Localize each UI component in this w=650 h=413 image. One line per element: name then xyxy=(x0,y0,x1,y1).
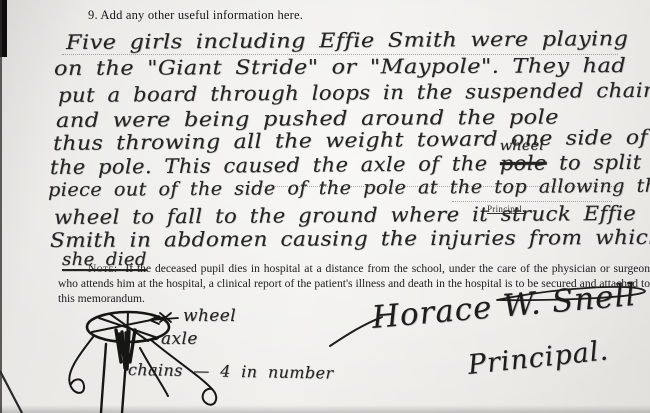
handwriting-text: to split a xyxy=(547,150,650,175)
chains-label: chains — 4 in number xyxy=(128,360,334,383)
handwriting-line: put a board through loops in the suspend… xyxy=(58,78,650,107)
scan-bottom-vignette xyxy=(0,405,650,413)
inserted-word-above: wheel xyxy=(500,138,544,154)
axle-label-dash xyxy=(136,339,157,342)
note-prefix: Note: xyxy=(88,262,118,275)
form-question-label: 9. Add any other useful information here… xyxy=(88,8,303,23)
axle-label: axle xyxy=(161,329,198,349)
handwriting-line: Smith in abdomen causing the injuries fr… xyxy=(50,225,650,252)
pole-sketch xyxy=(101,344,106,413)
handwriting-line-with-correction: the pole. This caused the axle of the po… xyxy=(50,150,650,179)
crossed-out-word: pole xyxy=(500,151,547,175)
handwriting-line: piece out of the side of the pole at the… xyxy=(48,176,650,201)
wheel-label: wheel xyxy=(183,306,236,326)
handwriting-text: the pole. This caused the axle of the xyxy=(50,151,500,179)
handwriting-line: Five girls including Effie Smith were pl… xyxy=(66,26,628,54)
handwriting-line: on the "Giant Stride" or "Maypole". They… xyxy=(54,53,626,80)
scanned-form-page: 9. Add any other useful information here… xyxy=(0,0,650,413)
wheel-label-arrow xyxy=(150,313,178,324)
signature-title: Principal. xyxy=(466,335,610,381)
correction: polewheel xyxy=(500,151,547,175)
wheel-sketch xyxy=(87,312,169,342)
scan-edge-line xyxy=(0,0,2,413)
principal-line-label: Principal. xyxy=(487,204,525,214)
